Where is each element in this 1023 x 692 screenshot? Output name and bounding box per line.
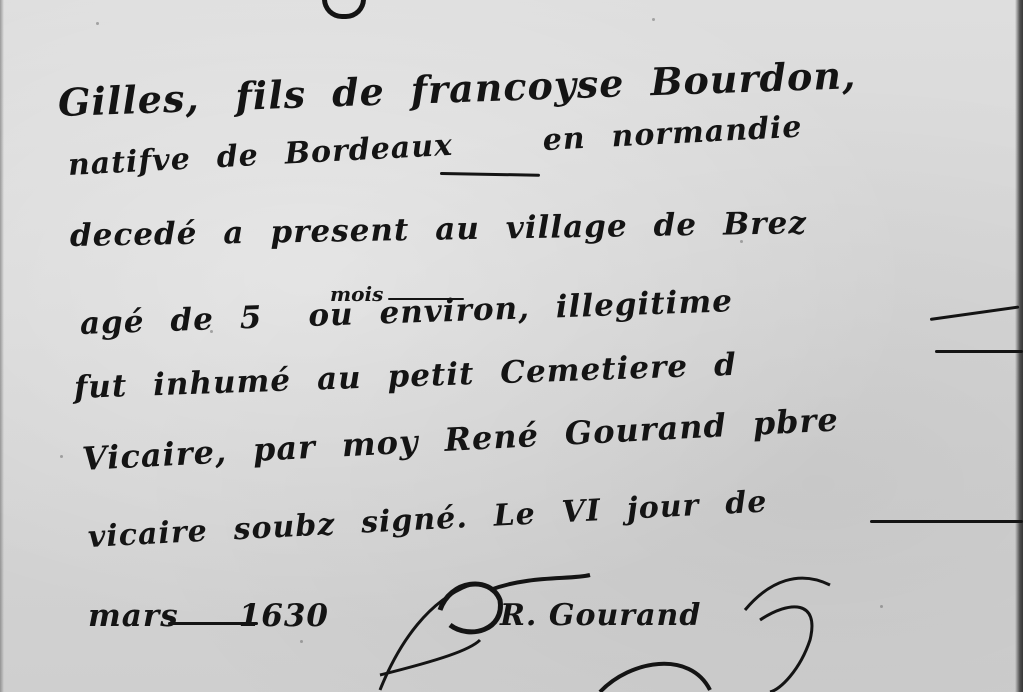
word: VI — [561, 493, 602, 530]
text-line-8: mars1630 — [88, 598, 355, 634]
word: 5 — [239, 300, 263, 337]
word: pbre — [752, 400, 840, 442]
signature-name: R. Gourand — [500, 598, 701, 633]
word: de — [653, 207, 697, 244]
line-filler-stroke — [168, 622, 258, 625]
text-line-4: agéde5ouenviron,illegitime — [79, 282, 759, 342]
word: agé — [79, 304, 145, 342]
word: normandie — [611, 110, 804, 155]
word: Vicaire, — [81, 432, 228, 478]
word: par — [252, 428, 317, 469]
paper-speck — [652, 18, 655, 21]
text-line-5: futinhuméaupetitCemetiered — [73, 346, 763, 406]
word: Cemetiere — [500, 349, 689, 392]
word: au — [316, 360, 362, 398]
paper-speck — [300, 640, 303, 643]
word: fils — [235, 71, 307, 118]
line-filler-stroke — [440, 172, 540, 177]
word: Bourdon, — [650, 52, 857, 104]
word: d — [713, 347, 737, 384]
previous-line-fragment — [322, 0, 366, 19]
word: a — [223, 215, 245, 251]
word: present — [270, 212, 409, 250]
line-filler-stroke — [870, 520, 1023, 523]
line-filler-stroke — [935, 350, 1023, 353]
text-line-3: decedéapresentauvillagedeBrez — [70, 205, 834, 254]
word: petit — [387, 356, 475, 395]
word: Brez — [723, 205, 807, 242]
word: de — [724, 484, 768, 521]
word: mars — [88, 598, 179, 634]
word: ou — [308, 296, 354, 334]
page-binding-edge — [1015, 0, 1023, 692]
word: Gourand — [564, 406, 728, 452]
word: signé. — [360, 500, 468, 541]
word: natifve — [67, 142, 192, 183]
paper-speck — [60, 455, 63, 458]
word: en — [542, 121, 587, 158]
register-page: Gilles,filsdefrancoyseBourdon, natifvede… — [0, 0, 1023, 692]
word: inhumé — [153, 362, 292, 403]
word: vicaire — [87, 514, 208, 555]
word: 1630 — [239, 598, 329, 634]
word: jour — [626, 488, 700, 527]
page-left-edge — [0, 0, 4, 692]
line-filler-stroke — [930, 305, 1020, 320]
paper-speck — [96, 22, 99, 25]
word: de — [216, 138, 260, 175]
word: Gilles, — [57, 75, 200, 125]
word: de — [331, 69, 385, 116]
paper-speck — [880, 605, 883, 608]
word: Le — [493, 497, 537, 534]
text-line-7: vicairesoubzsigné.LeVIjourde — [87, 483, 794, 555]
word: moy — [341, 422, 420, 464]
word: au — [435, 211, 480, 248]
word: environ, — [379, 290, 531, 331]
text-line-6: Vicaire,parmoyRenéGourandpbre — [81, 399, 866, 478]
word: de — [170, 301, 215, 338]
word: decedé — [70, 216, 198, 254]
word: fut — [73, 368, 127, 406]
word: illegitime — [555, 283, 733, 325]
word: francoyse — [410, 60, 625, 112]
word: soubz — [233, 507, 336, 547]
word: village — [506, 208, 628, 246]
word: René — [443, 416, 539, 459]
word: Bordeaux — [284, 128, 454, 172]
